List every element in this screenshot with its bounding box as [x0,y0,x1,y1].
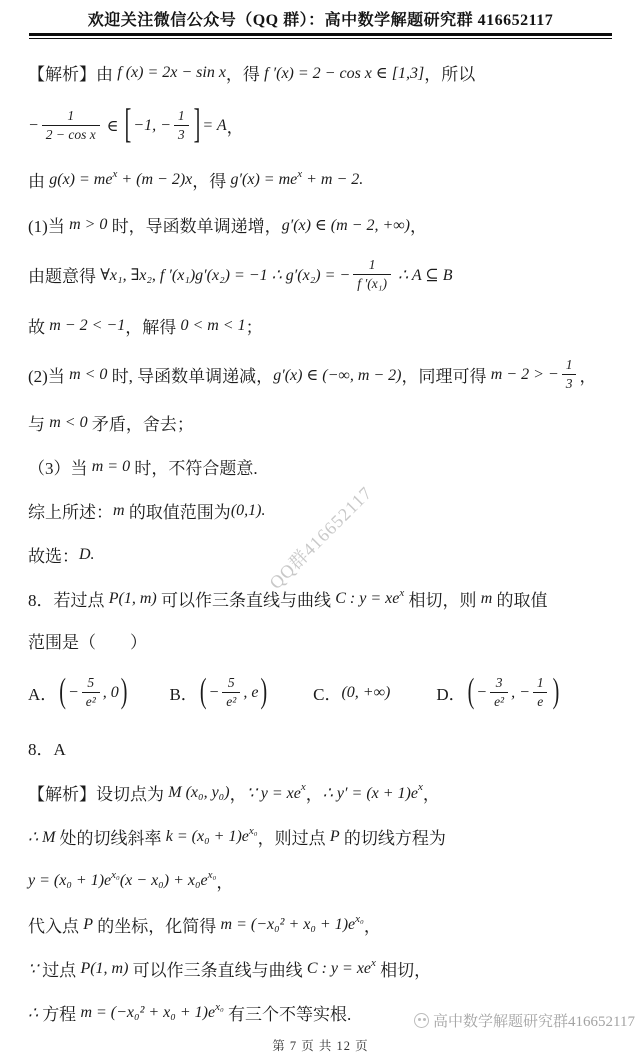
text-cn: 综上所述： [28,498,113,523]
document-page: 欢迎关注微信公众号（QQ 群）：高中数学解题研究群 416652117 QQ群4… [0,0,641,1062]
text-math: − [68,684,79,702]
text-math: g′(x) = me [231,171,298,189]
text-math: ∴ A ⊆ B [394,265,453,285]
text-math: m < 0 [49,414,87,432]
text-math: C : y = xe [307,960,371,978]
text-math: m = (−x₀² + x₀ + 1)e [80,1004,215,1022]
text-math: − [476,684,487,702]
text-math: 0 < m < 1 [180,317,245,335]
math-superscript: x [297,168,302,180]
math-superscript: x [112,168,117,180]
text-cn: 代入点 [28,912,83,937]
content-line: 范围是（ ） [28,621,613,661]
option-spacer [129,692,169,693]
text-math: m − 2 > − [491,366,559,384]
text-cn: （3）当 [28,454,92,479]
text-cn: C． [313,680,341,705]
text-math: y = (x₀ + 1)e [28,872,111,890]
math-big-bracket: [ [125,102,132,149]
math-superscript: x₀ [111,869,120,881]
math-big-bracket: ( [59,672,66,712]
math-superscript: x [399,587,404,599]
text-math: m < 0 [69,366,107,384]
text-math: ∵ y = xe [247,783,301,803]
text-cn: ， [230,780,247,805]
text-cn: 的取值 [492,586,547,611]
text-cn: 可以作三条直线与曲线 [128,956,307,981]
text-math: g′(x) ∈ (m − 2, +∞) [282,215,410,235]
text-math: − [208,684,219,702]
text-cn: A． [28,680,57,705]
page-header: 欢迎关注微信公众号（QQ 群）：高中数学解题研究群 416652117 [0,0,641,39]
content-line: ∵ 过点 P(1, m) 可以作三条直线与曲线 C : y = xex 相切， [28,947,613,991]
text-math: m = (−x₀² + x₀ + 1)e [221,916,356,934]
page-footer: 第 7 页 共 12 页 [0,1036,641,1054]
content-line: 由 g(x) = mex + (m − 2)x，得 g′(x) = mex + … [28,157,613,203]
text-cn: (2)当 [28,362,69,387]
text-cn: 故选： [28,542,79,567]
text-cn: 与 [28,410,49,435]
math-superscript: x [371,957,376,969]
option-spacer [390,692,436,693]
content-line: 代入点 P 的坐标，化简得 m = (−x₀² + x₀ + 1)ex₀， [28,903,613,947]
text-math: m > 0 [69,216,107,234]
math-fraction: 1e [533,675,548,709]
text-cn: 由题意得 [28,262,100,287]
math-superscript: x₀ [355,913,364,925]
text-cn: ，所以 [424,60,475,85]
text-cn: 相切，则 [404,586,481,611]
text-math: m = 0 [92,458,130,476]
math-big-bracket: ) [121,672,128,712]
math-fraction: 1f ′(x₁) [353,257,391,291]
text-cn: ，则过点 [258,824,330,849]
text-math: M (x₀, y₀) [168,784,229,802]
text-math: ∴ [28,1003,42,1023]
text-math: , e [243,684,258,702]
text-cn: ， [216,868,233,893]
text-cn: 【解析】由 [28,60,117,85]
content-line: 【解析】设切点为 M (x₀, y₀)，∵ y = xex，∴ y′ = (x … [28,771,613,815]
text-cn: 8．A [28,735,66,760]
math-superscript: x [418,781,423,793]
text-cn: 处的切线斜率 [60,824,166,849]
text-math: ∀x₁, ∃x₂, f ′(x₁)g′(x₂) = −1 ∴ g′(x₂) = … [100,265,350,285]
text-cn: 时，不符合题意. [130,454,258,479]
text-math: P [330,828,340,846]
text-cn: 8．若过点 [28,586,109,611]
text-cn: ， [364,912,381,937]
text-cn: (1)当 [28,212,69,237]
content-line: 8．A [28,725,613,771]
header-rule-thick [29,33,612,36]
text-cn: 的切线方程为 [340,824,446,849]
text-math: ∴ y′ = (x + 1)e [323,783,418,803]
text-math: g′(x) ∈ (−∞, m − 2) [273,365,401,385]
content-line: ∴ 方程 m = (−x₀² + x₀ + 1)ex₀ 有三个不等实根. [28,991,613,1035]
text-cn: 时, 导函数单调递减， [107,362,273,387]
text-math: = A [202,117,226,135]
math-fraction: 5e² [82,675,100,709]
text-math: ∴ M [28,827,60,847]
text-math: m − 2 < −1 [49,317,125,335]
text-cn: ， [227,113,244,138]
text-cn: 由 [28,167,49,192]
math-big-bracket: ( [200,672,207,712]
option-spacer [269,692,313,693]
math-superscript: x [301,781,306,793]
math-big-bracket: ] [194,102,201,149]
content-line: 综上所述：m 的取值范围为(0,1). [28,489,613,533]
text-cn: 时，导函数单调递增， [107,212,281,237]
text-math: (0,1). [231,502,266,520]
text-cn: 的取值范围为 [125,498,231,523]
text-math: P [83,916,93,934]
math-superscript: x₀ [208,869,217,881]
text-cn: 可以作三条直线与曲线 [157,586,336,611]
text-math: m [481,590,493,608]
text-cn: 【解析】设切点为 [28,780,168,805]
text-cn: 相切， [376,956,431,981]
text-cn: D． [436,680,465,705]
text-cn: ； [246,313,263,338]
math-fraction: 3e² [490,675,508,709]
text-cn: ，同理可得 [402,362,491,387]
text-cn: B． [169,680,197,705]
text-math: f (x) = 2x − sin x [117,64,226,82]
math-superscript: x₀ [215,1001,224,1013]
text-math: ∈ [103,116,123,136]
text-math: C : y = xe [335,590,399,608]
math-fraction: 12 − cos x [42,108,100,142]
text-math: k = (x₀ + 1)e [166,828,249,846]
content-line: 8．若过点 P(1, m) 可以作三条直线与曲线 C : y = xex 相切，… [28,577,613,621]
text-cn: ， [579,362,596,387]
math-fraction: 5e² [222,675,240,709]
math-big-bracket: ( [468,672,475,712]
text-cn: 过点 [42,956,80,981]
text-cn: ，得 [226,60,264,85]
text-cn: 方程 [42,1000,80,1025]
text-math: f ′(x) = 2 − cos x ∈ [1,3] [264,63,424,83]
text-math: P(1, m) [109,590,157,608]
text-math: + m − 2. [302,171,363,189]
text-math: ∵ [28,959,42,979]
text-math: g(x) = me [49,171,112,189]
math-big-bracket: ) [260,672,267,712]
text-cn: ， [423,780,440,805]
text-math: −1, − [133,117,171,135]
text-math: D. [79,546,95,564]
content-line: −12 − cos x ∈ [−1, −13]= A， [28,95,613,157]
text-math: (0, +∞) [341,684,390,702]
text-math: P(1, m) [80,960,128,978]
content-line: 由题意得 ∀x₁, ∃x₂, f ′(x₁)g′(x₂) = −1 ∴ g′(x… [28,247,613,303]
content-line: y = (x₀ + 1)ex₀(x − x₀) + x₀ex₀， [28,859,613,903]
content-line: 故 m − 2 < −1，解得 0 < m < 1； [28,303,613,349]
math-fraction: 13 [174,108,189,142]
content-line: 故选：D. [28,533,613,577]
content-line: （3）当 m = 0 时，不符合题意. [28,445,613,489]
text-cn: 故 [28,313,49,338]
content-line: 与 m < 0 矛盾，舍去； [28,401,613,445]
content-line: 【解析】由 f (x) = 2x − sin x，得 f ′(x) = 2 − … [28,51,613,95]
text-math: + (m − 2)x [117,171,192,189]
header-title: 欢迎关注微信公众号（QQ 群）：高中数学解题研究群 416652117 [0,7,641,30]
text-cn: ， [306,780,323,805]
math-big-bracket: ) [553,672,560,712]
text-cn: ，得 [192,167,230,192]
text-cn: 有三个不等实根. [224,1000,352,1025]
text-cn: ，解得 [125,313,180,338]
text-math: , − [511,684,530,702]
text-cn: 范围是（ ） [28,628,147,653]
text-math: (x − x₀) + x₀e [120,872,208,890]
content-line: ∴ M 处的切线斜率 k = (x₀ + 1)ex₀，则过点 P 的切线方程为 [28,815,613,859]
document-body: 【解析】由 f (x) = 2x − sin x，得 f ′(x) = 2 − … [0,39,641,1035]
math-superscript: x₀ [249,825,258,837]
content-line: (1)当 m > 0 时，导函数单调递增，g′(x) ∈ (m − 2, +∞)… [28,203,613,247]
math-fraction: 13 [562,357,577,391]
text-math: m [113,502,125,520]
text-math: , 0 [103,684,119,702]
text-math: − [28,117,39,135]
text-cn: 的坐标，化简得 [93,912,221,937]
text-cn: ， [410,212,427,237]
text-cn: 矛盾，舍去； [88,410,194,435]
content-line: (2)当 m < 0 时, 导函数单调递减，g′(x) ∈ (−∞, m − 2… [28,349,613,401]
content-line: A．(−5e², 0)B．(−5e², e)C．(0, +∞)D．(−3e², … [28,661,613,725]
